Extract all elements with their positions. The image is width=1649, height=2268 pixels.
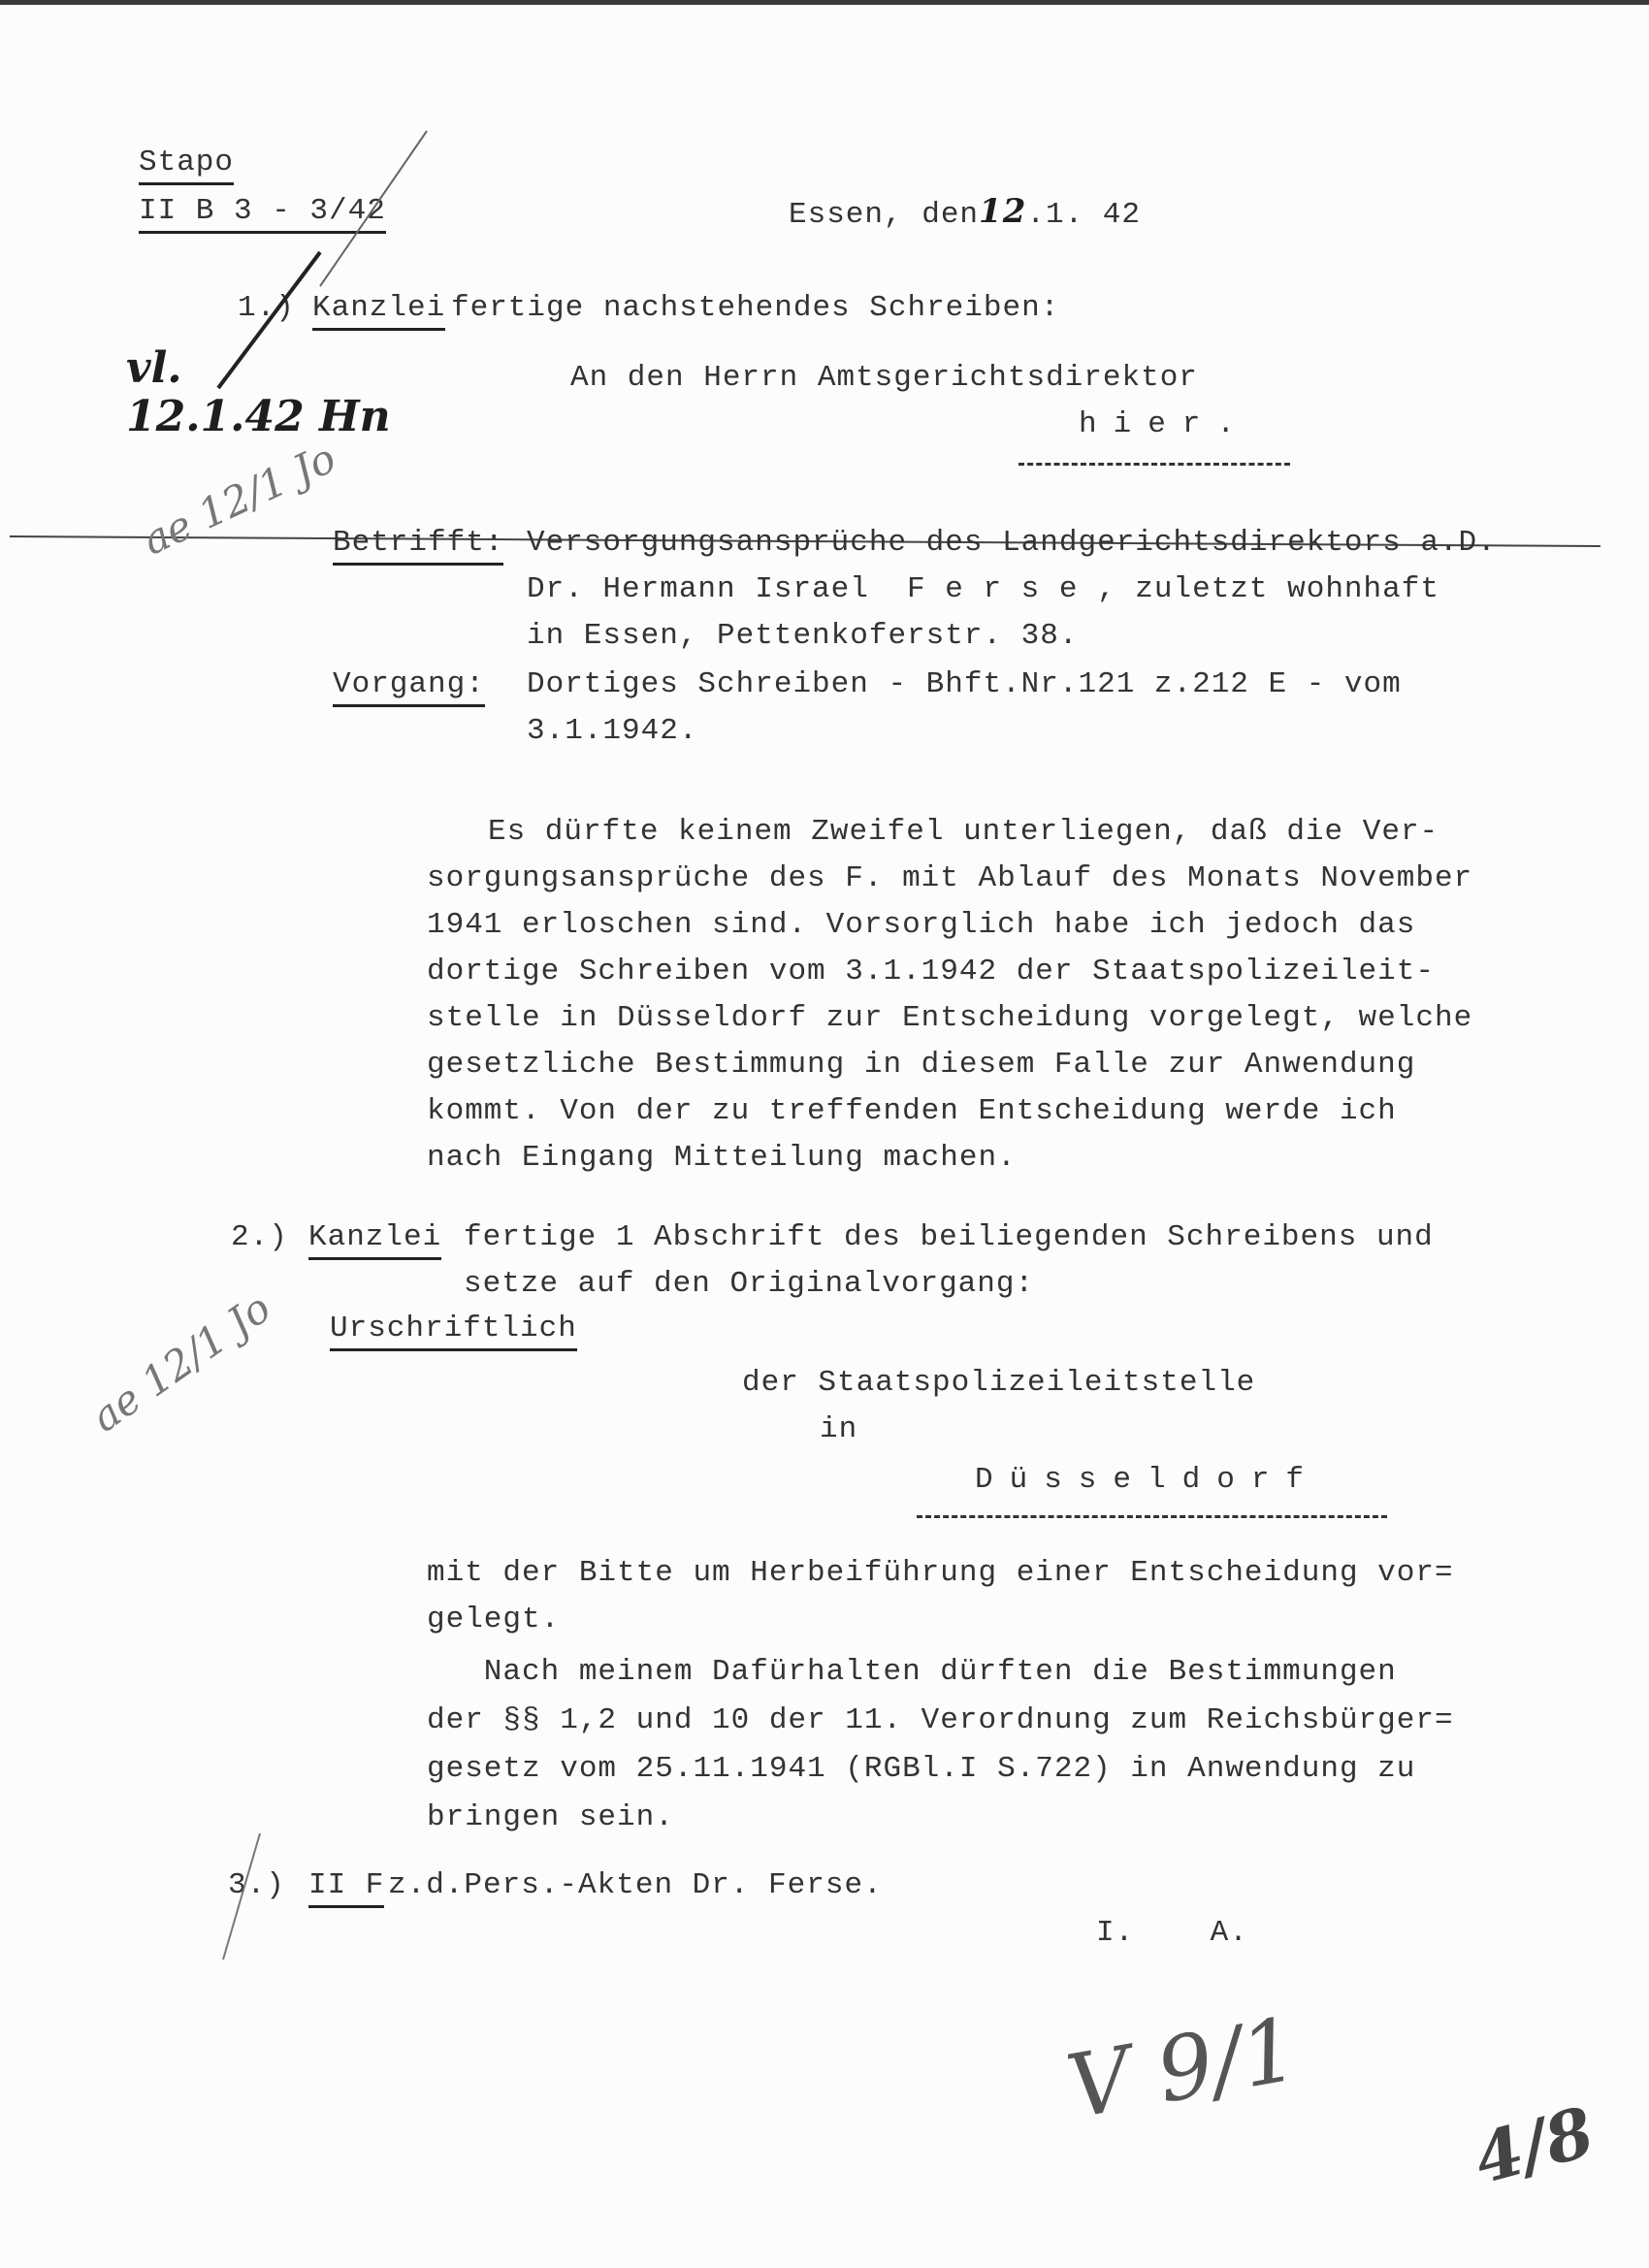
file-ref-strike: [320, 131, 427, 286]
strike-marks: [0, 0, 1649, 2268]
item3-strike: [223, 1833, 260, 1960]
item1-strike: [218, 252, 320, 388]
